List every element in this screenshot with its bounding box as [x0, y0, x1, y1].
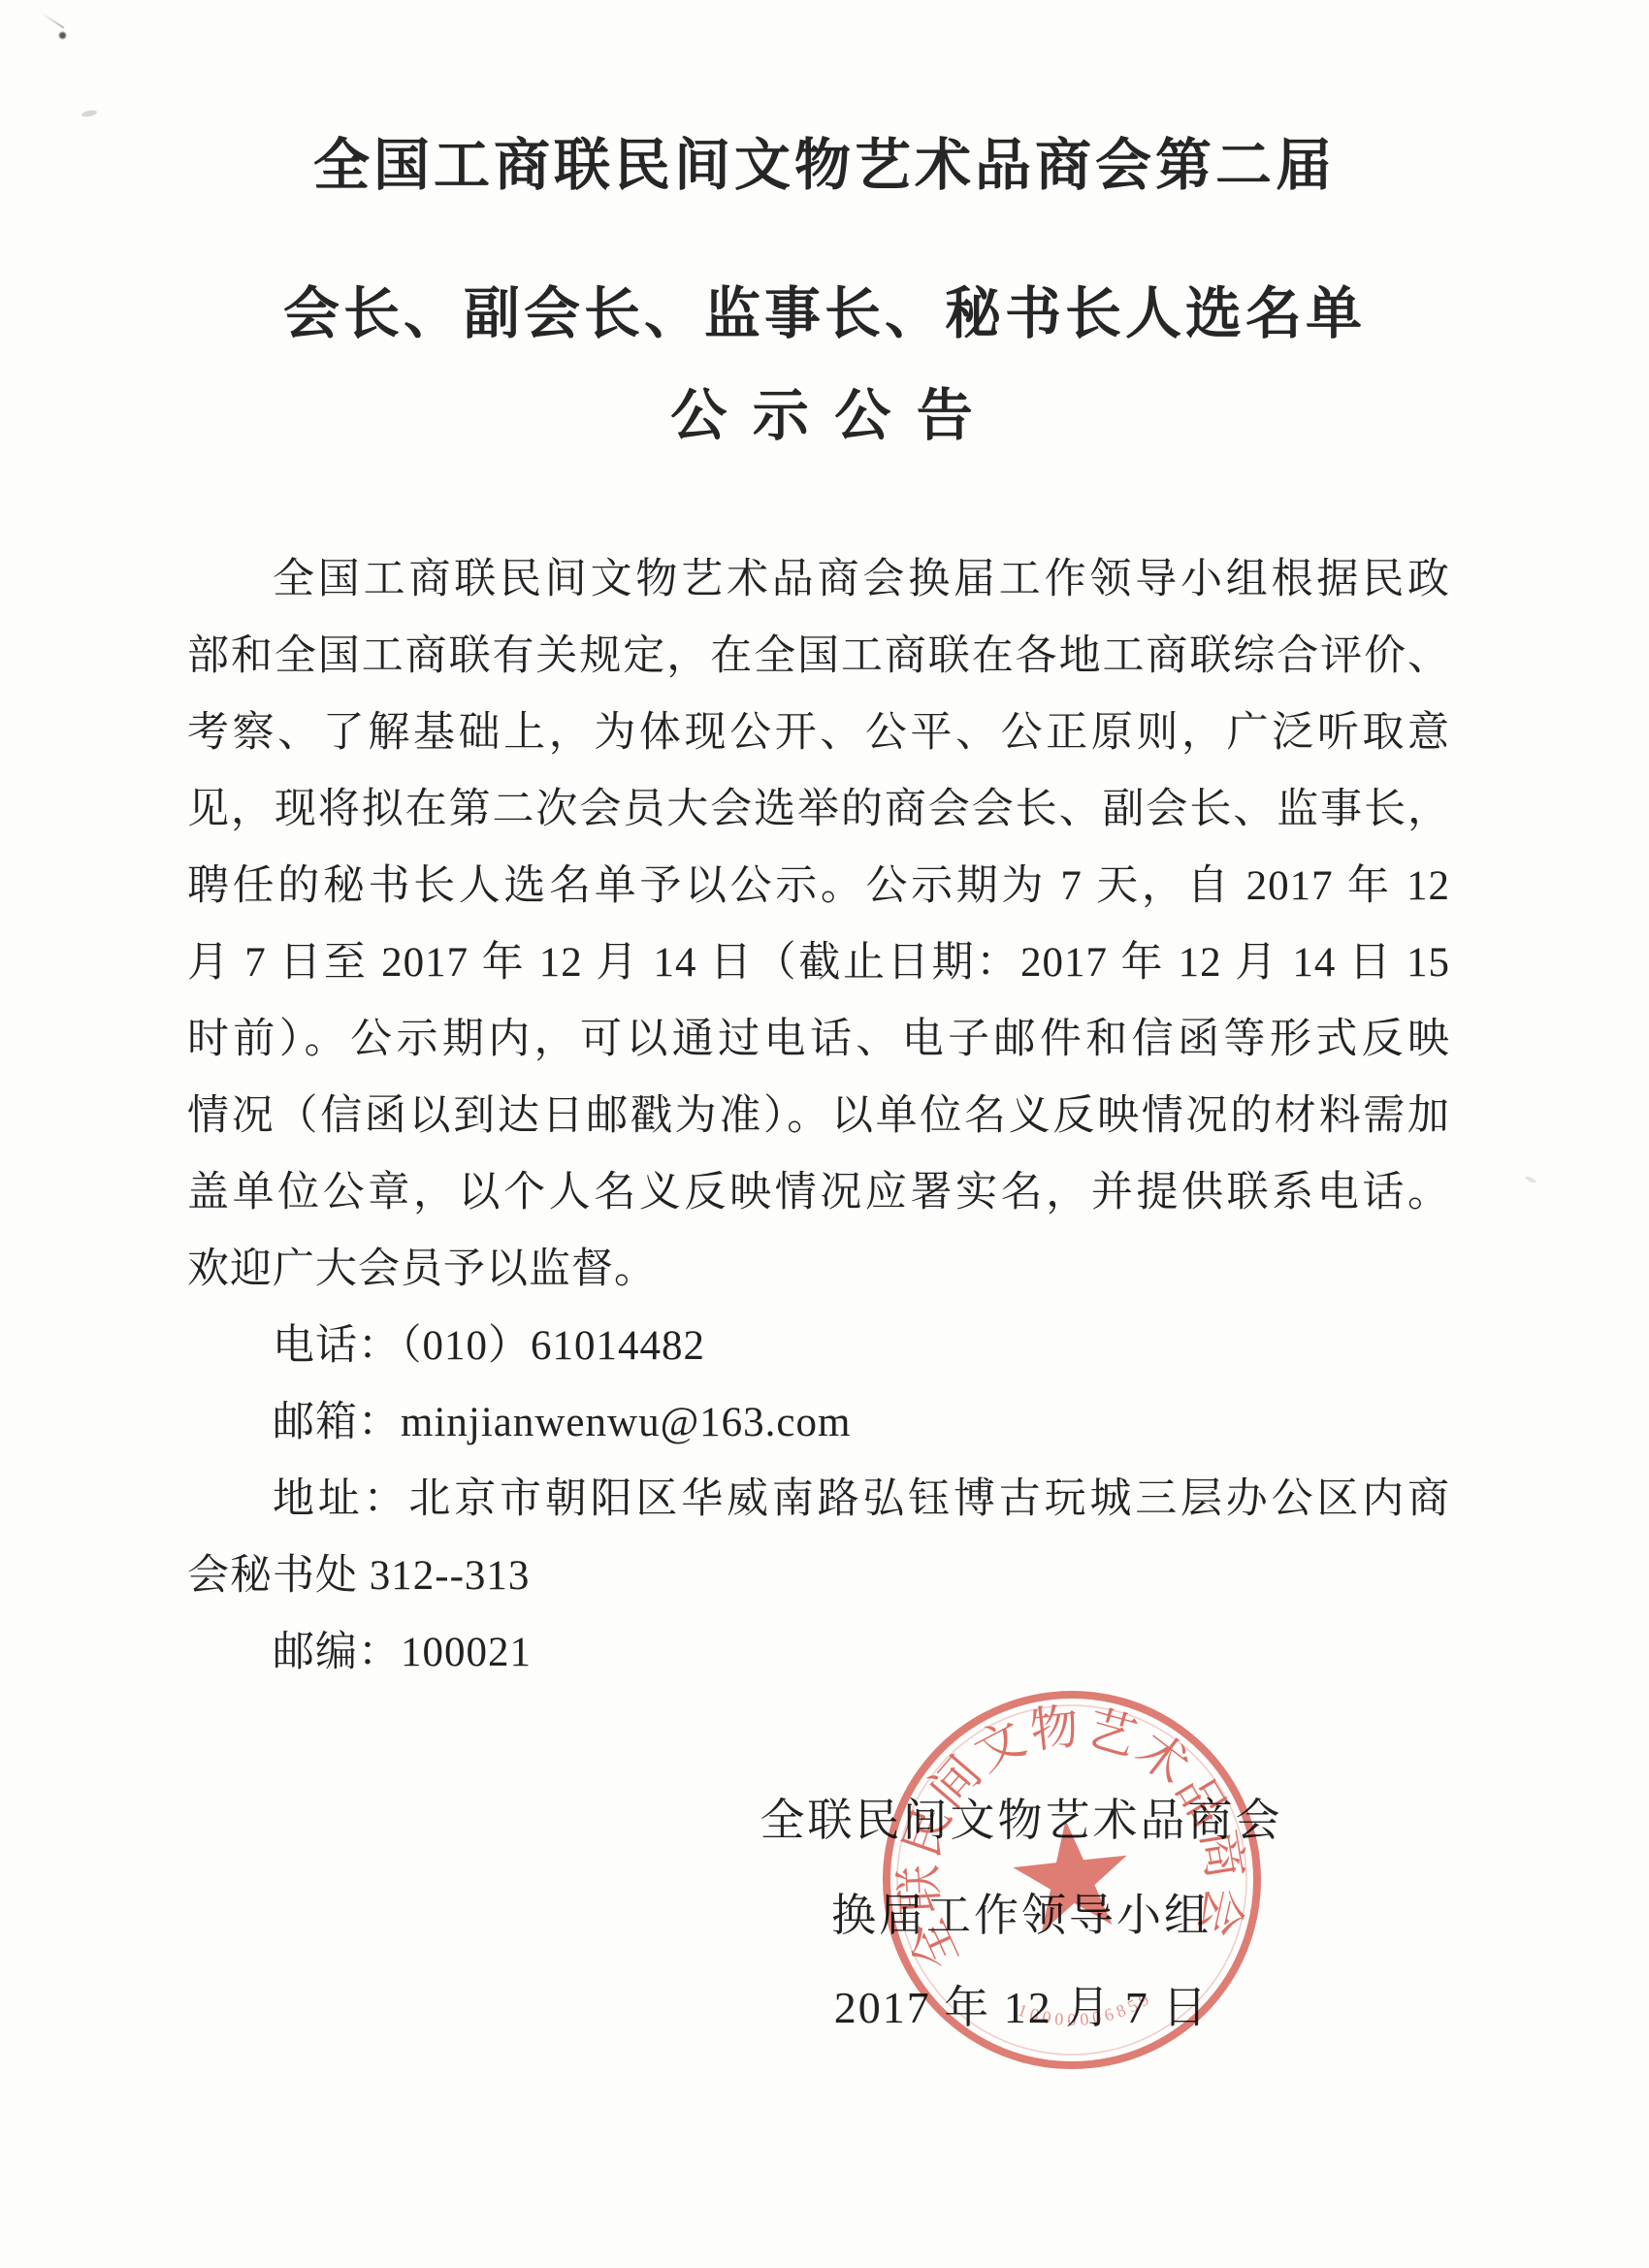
- contact-phone: 电话：（010）61014482: [187, 1308, 1450, 1384]
- scan-speck: [81, 109, 98, 117]
- seal-serial-number: 10000006859: [1014, 1986, 1158, 2035]
- official-seal: 全联民间文物艺术品商会 10000006859: [837, 1645, 1307, 2115]
- scan-speck: [58, 31, 67, 40]
- body-line: 部和全国工商联有关规定，在全国工商联在各地工商联综合评价、: [187, 618, 1450, 695]
- scan-scratch: [41, 13, 65, 29]
- body-line: 情况（信函以到达日邮戳为准）。以单位名义反映情况的材料需加: [187, 1078, 1450, 1154]
- body-line: 聘任的秘书长人选名单予以公示。公示期为 7 天，自 2017 年 12: [187, 848, 1450, 924]
- body-line: 月 7 日至 2017 年 12 月 14 日（截止日期：2017 年 12 月…: [187, 924, 1450, 1001]
- doc-title-line1: 全国工商联民间文物艺术品商会第二届: [0, 136, 1649, 196]
- body-line: 盖单位公章，以个人名义反映情况应署实名，并提供联系电话。: [187, 1154, 1450, 1231]
- doc-title-line2: 会长、副会长、监事长、秘书长人选名单: [0, 284, 1649, 344]
- body-line: 欢迎广大会员予以监督。: [187, 1231, 1450, 1308]
- doc-title-line3: 公 示 公 告: [0, 386, 1649, 446]
- contact-address-line2: 会秘书处 312--313: [187, 1538, 1450, 1614]
- body-line: 考察、了解基础上，为体现公开、公平、公正原则，广泛听取意: [187, 695, 1450, 771]
- body-line: 全国工商联民间文物艺术品商会换届工作领导小组根据民政: [187, 541, 1450, 618]
- seal-serial-holder: 10000006859: [1014, 1986, 1158, 2035]
- body-line: 时前）。公示期内，可以通过电话、电子邮件和信函等形式反映: [187, 1001, 1450, 1078]
- scan-speck: [1525, 1176, 1537, 1184]
- body-line: 见，现将拟在第二次会员大会选举的商会会长、副会长、监事长，: [187, 771, 1450, 848]
- document-page: 全国工商联民间文物艺术品商会第二届 会长、副会长、监事长、秘书长人选名单 公 示…: [0, 0, 1649, 2268]
- contact-email: 邮箱：minjianwenwu@163.com: [187, 1384, 1450, 1461]
- contact-address-line1: 地址：北京市朝阳区华威南路弘钰博古玩城三层办公区内商: [187, 1461, 1450, 1538]
- doc-body: 全国工商联民间文物艺术品商会换届工作领导小组根据民政 部和全国工商联有关规定，在…: [187, 541, 1450, 1691]
- seal-star-icon: [1009, 1814, 1134, 1934]
